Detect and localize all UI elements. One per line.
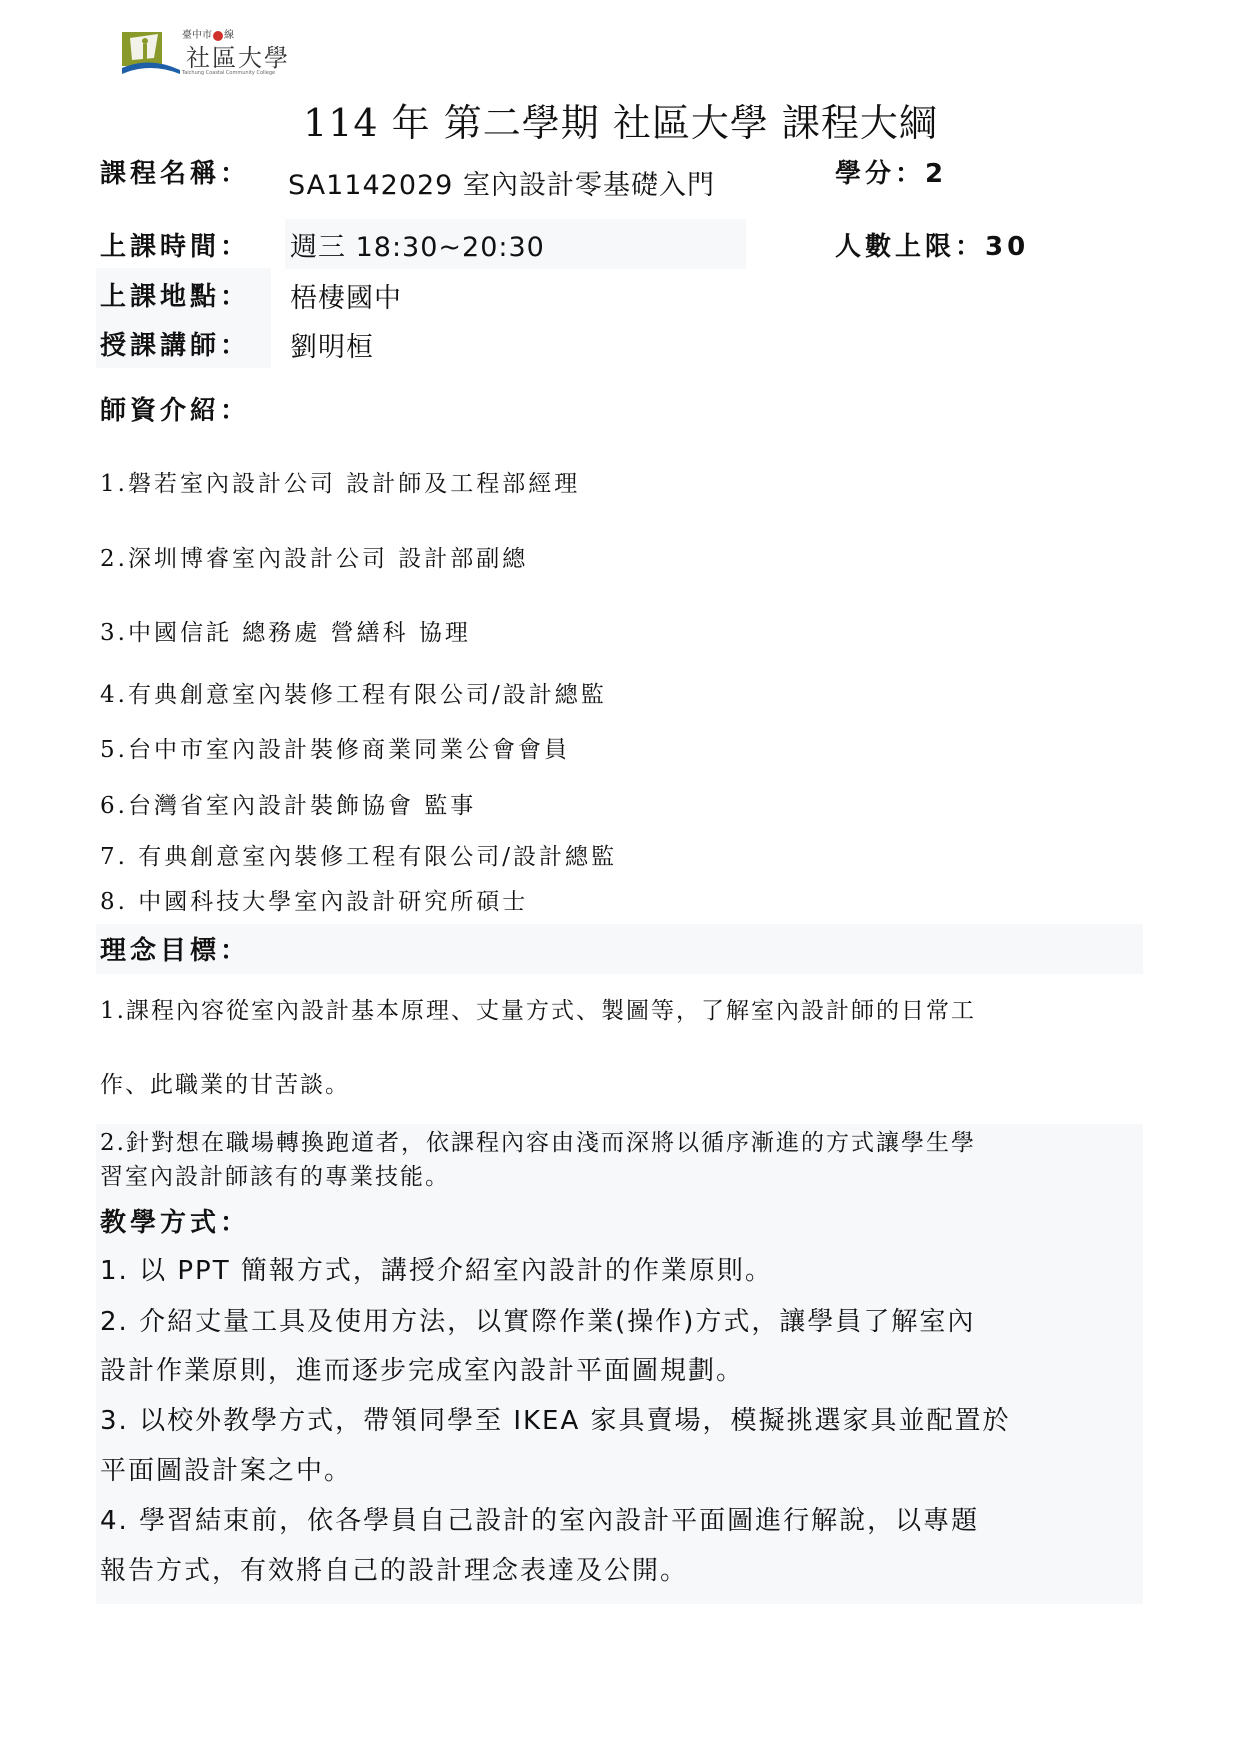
goal-item-2-line-2: 習室內設計師該有的專業技能。 — [100, 1158, 450, 1191]
bio-item: 8. 中國科技大學室內設計研究所碩士 — [100, 883, 528, 916]
college-logo: 臺中市線 社區大學 Taichung Coastal Community Col… — [120, 22, 325, 82]
method-line: 2. 介紹丈量工具及使用方法，以實際作業(操作)方式，讓學員了解室內 — [100, 1301, 975, 1338]
course-name-value: SA1142029 室內設計零基礎入門 — [288, 163, 715, 202]
credits-label: 學分：2 — [835, 153, 947, 190]
time-value: 週三 18:30~20:30 — [290, 225, 545, 264]
instructor-label: 授課講師： — [100, 325, 250, 362]
capacity-value: 30 — [985, 232, 1029, 262]
location-label: 上課地點： — [100, 276, 250, 313]
logo-main-text: 社區大學 — [186, 38, 290, 73]
goal-item-2-line-1: 2.針對想在職場轉換跑道者，依課程內容由淺而深將以循序漸進的方式讓學生學 — [100, 1124, 976, 1157]
credits-value: 2 — [925, 159, 947, 189]
bio-item: 5.台中市室內設計裝修商業同業公會會員 — [100, 731, 570, 764]
bio-item: 7. 有典創意室內裝修工程有限公司/設計總監 — [100, 838, 617, 871]
bio-item: 1.磐若室內設計公司 設計師及工程部經理 — [100, 465, 580, 498]
bio-heading: 師資介紹： — [100, 390, 250, 427]
course-name-label: 課程名稱： — [100, 153, 250, 190]
goals-heading-shade — [96, 924, 1143, 974]
bio-item: 4.有典創意室內裝修工程有限公司/設計總監 — [100, 676, 607, 709]
method-line: 設計作業原則，進而逐步完成室內設計平面圖規劃。 — [100, 1350, 744, 1387]
location-value: 梧棲國中 — [290, 276, 402, 315]
time-label: 上課時間： — [100, 226, 250, 263]
method-line: 4. 學習結束前，依各學員自己設計的室內設計平面圖進行解說，以專題 — [100, 1500, 979, 1537]
logo-english-text: Taichung Coastal Community College — [182, 70, 275, 76]
methods-heading: 教學方式： — [100, 1202, 250, 1239]
goal-item-1-line-1: 1.課程內容從室內設計基本原理、丈量方式、製圖等，了解室內設計師的日常工 — [100, 992, 976, 1025]
bio-item: 2.深圳博睿室內設計公司 設計部副總 — [100, 540, 528, 573]
instructor-value: 劉明桓 — [290, 325, 374, 364]
goals-heading: 理念目標： — [100, 930, 250, 967]
page-title: 114 年 第二學期 社區大學 課程大綱 — [0, 92, 1241, 147]
bio-item: 6.台灣省室內設計裝飾協會 監事 — [100, 787, 476, 820]
method-line: 3. 以校外教學方式，帶領同學至 IKEA 家具賣場，模擬挑選家具並配置於 — [100, 1400, 1011, 1437]
logo-mark-icon — [120, 28, 180, 76]
method-line: 1. 以 PPT 簡報方式，講授介紹室內設計的作業原則。 — [100, 1250, 773, 1287]
goal-item-1-line-2: 作、此職業的甘苦談。 — [100, 1066, 350, 1099]
method-line: 平面圖設計案之中。 — [100, 1450, 352, 1487]
capacity-label: 人數上限：30 — [835, 226, 1029, 263]
method-line: 報告方式，有效將自己的設計理念表達及公開。 — [100, 1550, 688, 1587]
bio-item: 3.中國信託 總務處 營繕科 協理 — [100, 614, 471, 647]
